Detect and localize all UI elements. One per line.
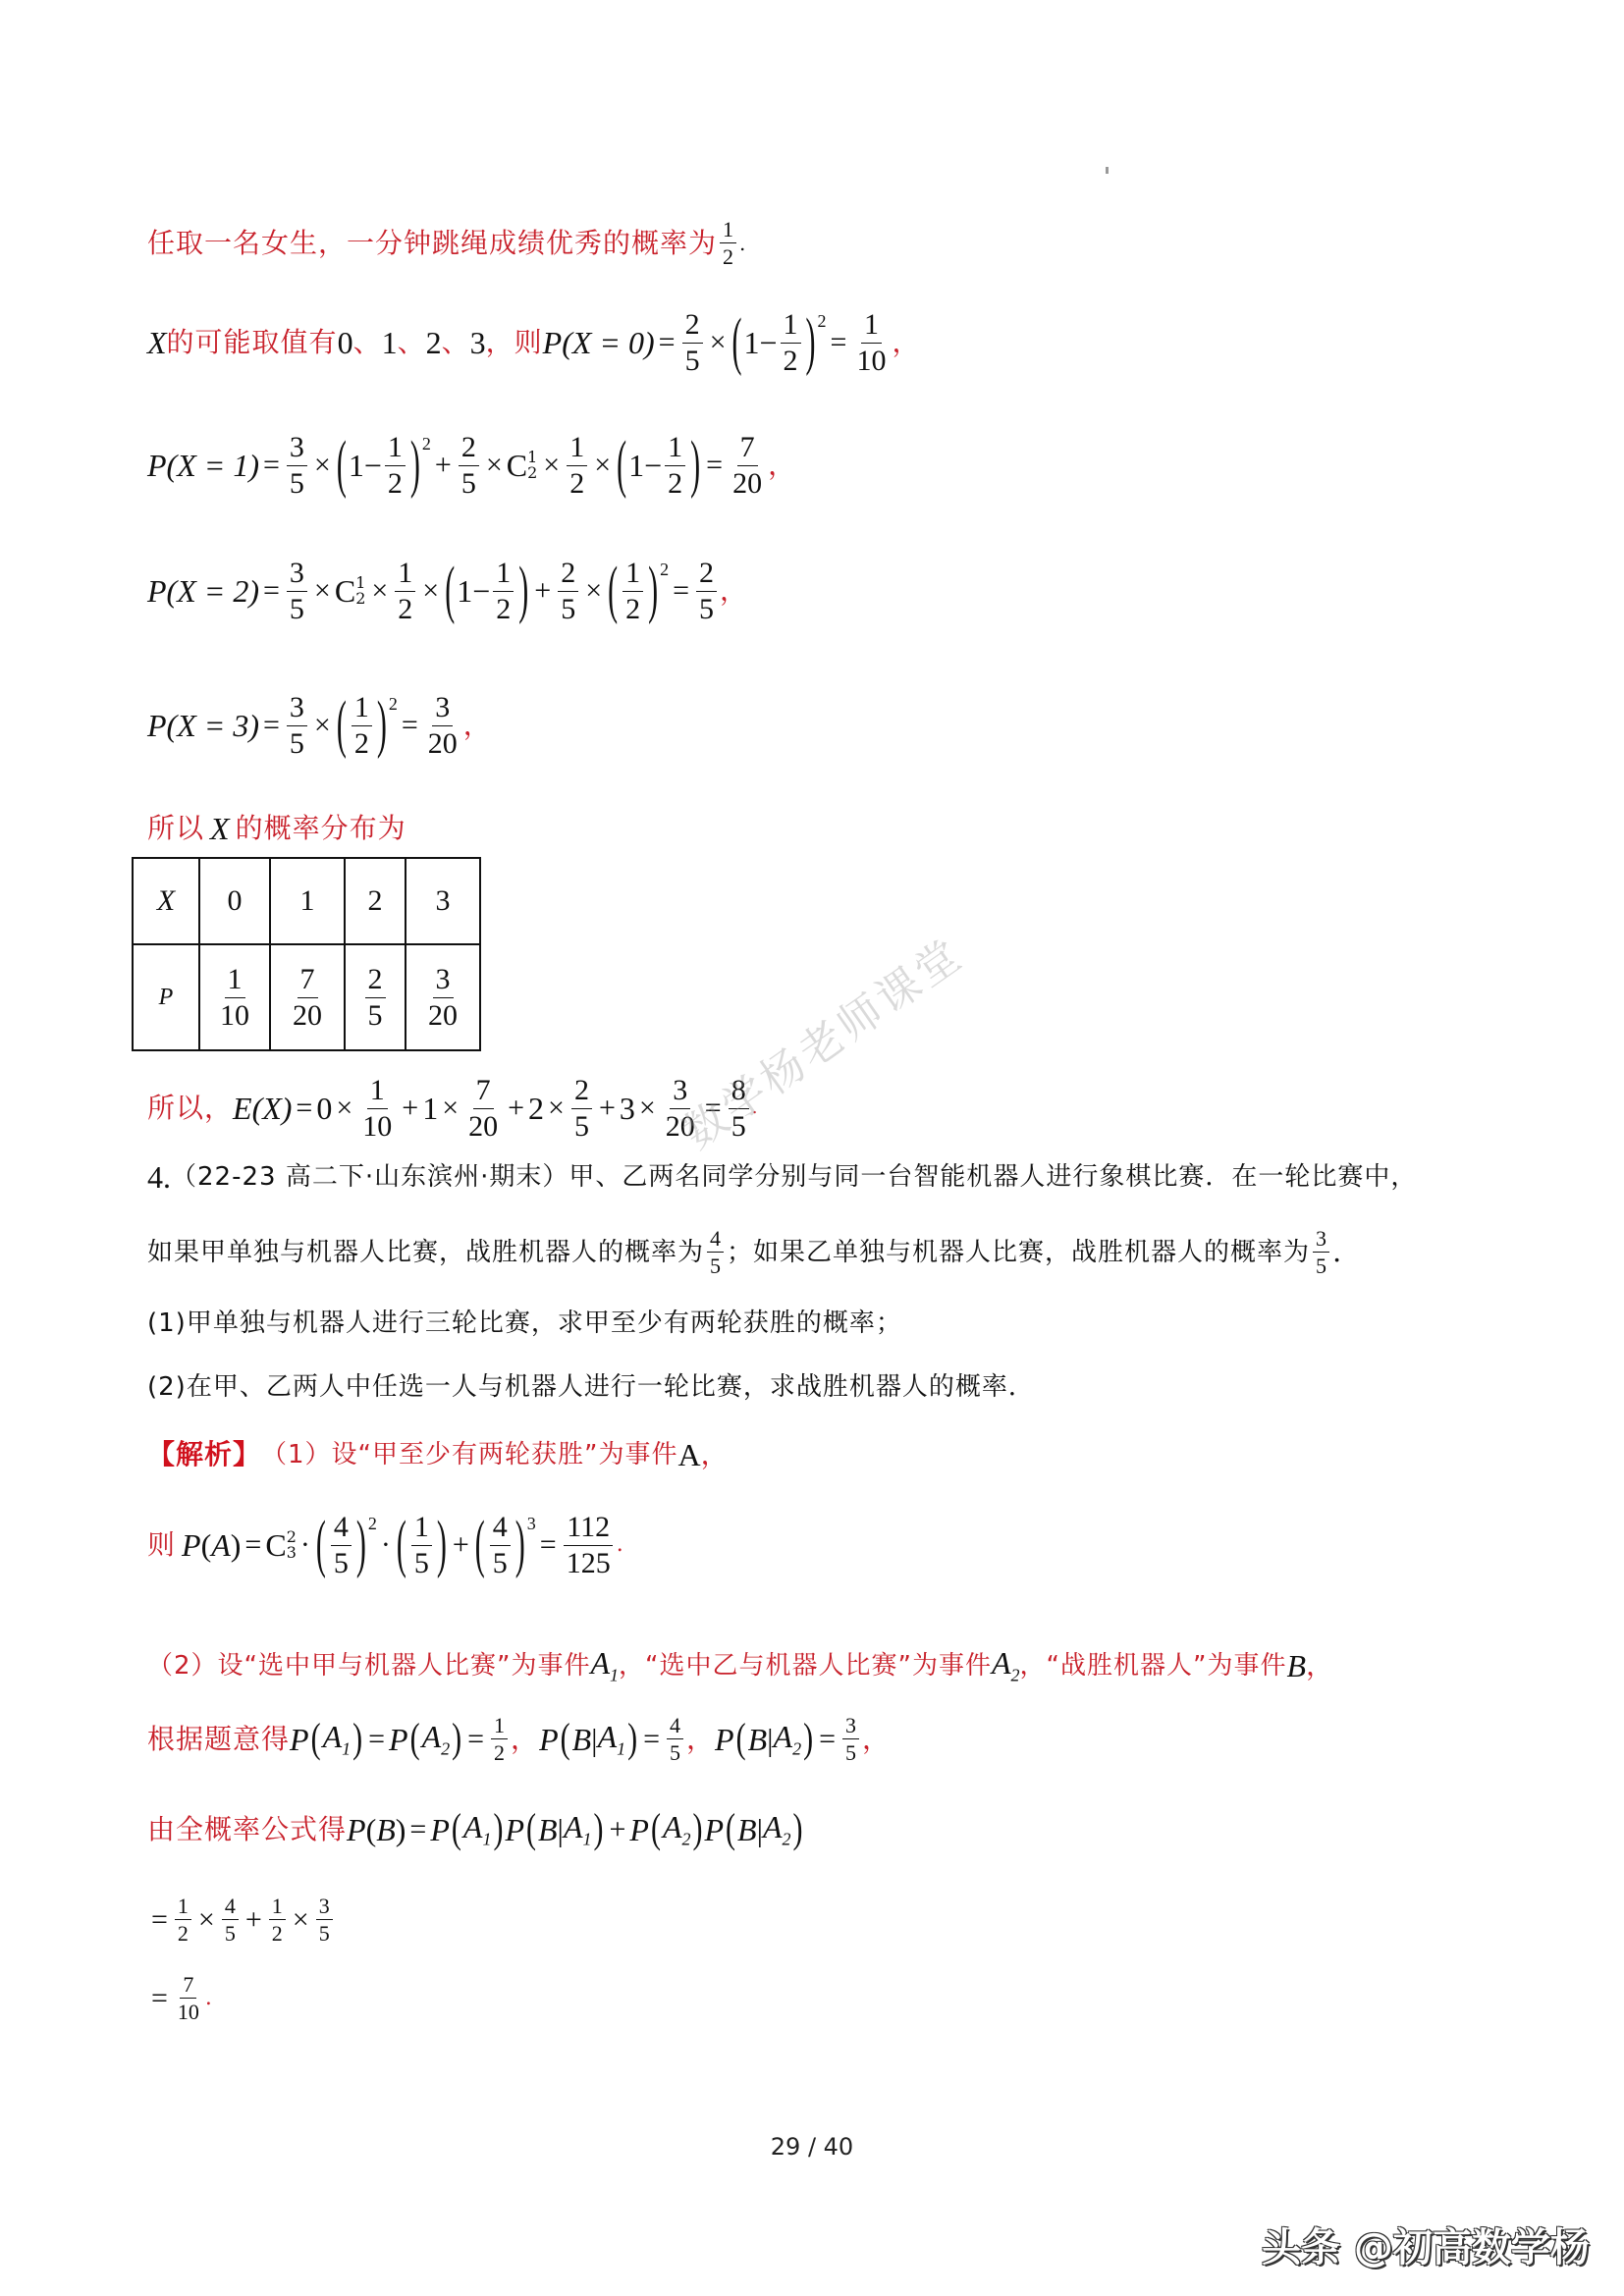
- table-row-x: X 0 1 2 3: [133, 858, 480, 944]
- analysis-tag: 【解析】: [147, 1441, 261, 1468]
- scan-mark: [1106, 167, 1109, 174]
- watermark: 数学杨老师课堂: [668, 920, 974, 1160]
- analysis-part2-given: 根据题意得 P(A1)= P(A2)= 12， P(B|A1)= 45， P(B…: [147, 1714, 891, 1764]
- girl-probability-line: 任取一名女生，一分钟跳绳成绩优秀的概率为 1 2 .: [147, 218, 745, 268]
- table-row-p: P 110 720 25 320: [133, 944, 480, 1050]
- page-indicator: 29 / 40: [0, 2133, 1624, 2161]
- probability-distribution-table: X 0 1 2 3 P 110 720 25 320: [132, 857, 481, 1051]
- analysis-part1-equation: 则 P(A) =C23· (45)2· (15)+ (45)3 =112125.: [147, 1512, 623, 1578]
- analysis-total-probability: 由全概率公式得 P(B)= P(A1)P(B|A1)+ P(A2)P(B|A2): [147, 1811, 805, 1847]
- analysis-part2-intro: （2）设“选中甲与机器人比赛”为事件 A1 ，“选中乙与机器人比赛”为事件 A2…: [147, 1647, 1334, 1683]
- question-2: (2)在甲、乙两人中任选一人与机器人进行一轮比赛，求战胜机器人的概率．: [147, 1374, 1035, 1400]
- girl-probability-text: 任取一名女生，一分钟跳绳成绩优秀的概率为: [147, 230, 717, 257]
- analysis-step-expand: =12×45+12×35: [147, 1895, 336, 1945]
- result-fraction: 110: [853, 309, 889, 376]
- fraction: 1 2: [720, 218, 736, 268]
- analysis-part1-intro: 【解析】 （1）设“甲至少有两轮获胜”为事件 A，: [147, 1439, 730, 1470]
- equation-x1: P(X = 1) = 35× (1−12)2 + 25×C12× 12× (1−…: [147, 432, 796, 499]
- expectation-line: 所以， E(X) =0×110 +1×720 +2×25 +3×320 =85.: [147, 1075, 757, 1142]
- equation-x2: P(X = 2) = 35×C12× 12× (1−12) + 25× (12)…: [147, 558, 748, 624]
- brand-watermark: 头条 @初高数学杨: [1262, 2216, 1590, 2272]
- document-page: 任取一名女生，一分钟跳绳成绩优秀的概率为 1 2 . X 的可能取值有 0、 1…: [0, 0, 1624, 2296]
- problem-4-stem-line1: 4. （22-23 高二下·山东滨州·期末） 甲、乙两名同学分别与同一台智能机器…: [147, 1161, 1417, 1193]
- problem-source: （22-23 高二下·山东滨州·期末）: [171, 1164, 568, 1190]
- equation-label: P(X = 0): [543, 327, 655, 358]
- problem-4-stem-line2: 如果甲单独与机器人比赛，战胜机器人的概率为 45 ；如果乙单独与机器人比赛，战胜…: [147, 1227, 1341, 1277]
- distribution-intro: 所以 X 的概率分布为: [147, 813, 406, 844]
- equation-x0: X 的可能取值有 0、 1、 2、 3， 则 P(X = 0) = 25× (1…: [147, 309, 920, 376]
- equation-x3: P(X = 3) = 35× (12)2 = 320，: [147, 692, 492, 759]
- analysis-final-result: =710.: [147, 1973, 212, 2023]
- question-1: (1)甲单独与机器人进行三轮比赛，求甲至少有两轮获胜的概率；: [147, 1310, 902, 1336]
